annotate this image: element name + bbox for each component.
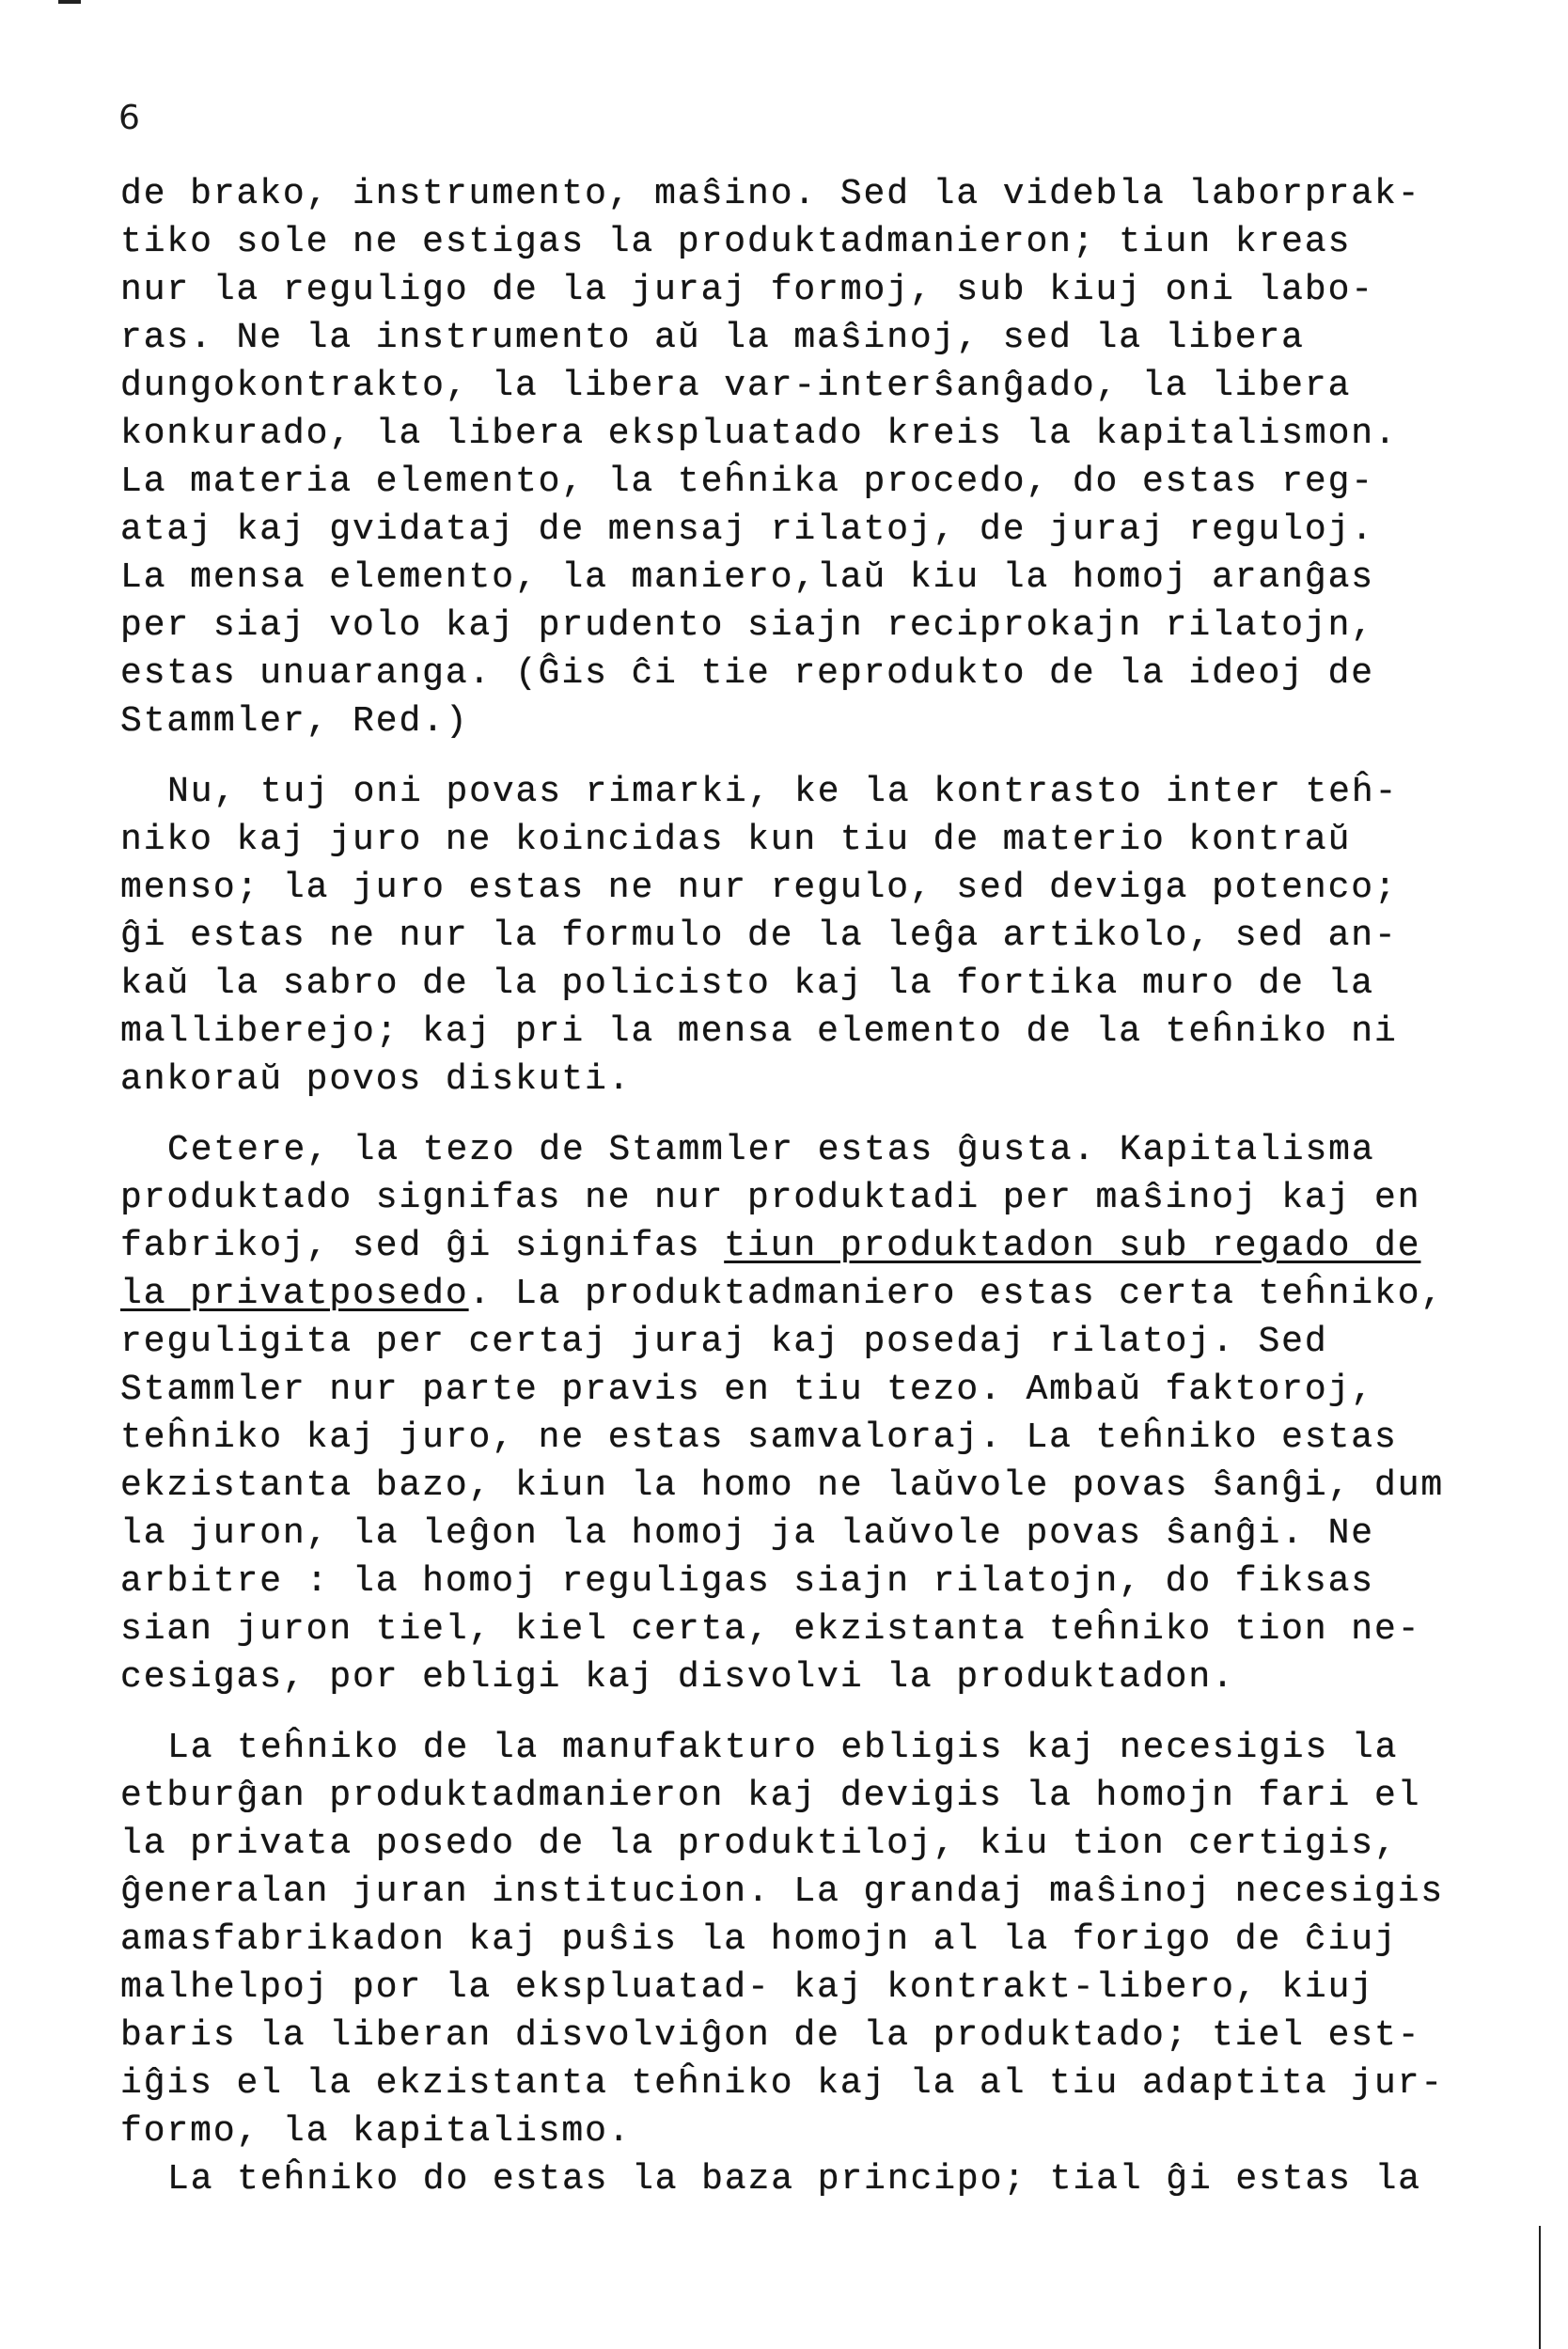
- text-line: La materia elemento, la teĥnika procedo,…: [120, 458, 1530, 506]
- paragraph: Cetere, la tezo de Stammler estas ĝusta.…: [120, 1126, 1530, 1701]
- paragraph: Nu, tuj oni povas rimarki, ke la kontras…: [120, 768, 1530, 1104]
- text-line: kaŭ la sabro de la policisto kaj la fort…: [120, 960, 1530, 1008]
- text-line: la privatposedo. La produktadmaniero est…: [120, 1270, 1530, 1318]
- text-line: reguligita per certaj juraj kaj posedaj …: [120, 1318, 1530, 1366]
- text-line: etburĝan produktadmanieron kaj devigis l…: [120, 1772, 1530, 1820]
- paragraph: de brako, instrumento, maŝino. Sed la vi…: [120, 170, 1530, 745]
- text-line: teĥniko kaj juro, ne estas samvaloraj. L…: [120, 1414, 1530, 1462]
- underlined-text: la privatposedo: [120, 1274, 469, 1314]
- text-line: La mensa elemento, la maniero,laŭ kiu la…: [120, 554, 1530, 602]
- text-line: ĝeneralan juran institucion. La grandaj …: [120, 1868, 1530, 1916]
- underlined-text: tiun produktadon sub regado de: [724, 1226, 1420, 1266]
- scan-corner-mark: [58, 0, 81, 4]
- text-line: ras. Ne la instrumento aŭ la maŝinoj, se…: [120, 314, 1530, 362]
- text-line: estas unuaranga. (Ĝis ĉi tie reprodukto …: [120, 650, 1530, 697]
- text-line: ĝi estas ne nur la formulo de la leĝa ar…: [120, 912, 1530, 960]
- text-line: Stammler nur parte pravis en tiu tezo. A…: [120, 1366, 1530, 1414]
- text-line: per siaj volo kaj prudento siajn recipro…: [120, 602, 1530, 650]
- document-page: 6 de brako, instrumento, maŝino. Sed la …: [0, 0, 1568, 2349]
- text-line: malliberejo; kaj pri la mensa elemento d…: [120, 1008, 1530, 1056]
- text-line: tiko sole ne estigas la produktadmaniero…: [120, 218, 1530, 266]
- page-number: 6: [118, 98, 140, 139]
- text-line: Stammler, Red.): [120, 697, 1530, 745]
- text-line: konkurado, la libera ekspluatado kreis l…: [120, 410, 1530, 458]
- text-line: fabrikoj, sed ĝi signifas tiun produktad…: [120, 1222, 1530, 1270]
- text-line: la juron, la leĝon la homoj ja laŭvole p…: [120, 1510, 1530, 1558]
- text-line: niko kaj juro ne koincidas kun tiu de ma…: [120, 816, 1530, 864]
- text-line: menso; la juro estas ne nur regulo, sed …: [120, 864, 1530, 912]
- text-line: Nu, tuj oni povas rimarki, ke la kontras…: [120, 768, 1530, 816]
- scan-edge-line: [1539, 2226, 1541, 2349]
- text-line: nur la reguligo de la juraj formoj, sub …: [120, 266, 1530, 314]
- text-line: La teĥniko do estas la baza principo; ti…: [120, 2155, 1530, 2203]
- text-line: formo, la kapitalismo.: [120, 2107, 1530, 2155]
- paragraph: La teĥniko de la manufakturo ebligis kaj…: [120, 1724, 1530, 2155]
- text-line: La teĥniko de la manufakturo ebligis kaj…: [120, 1724, 1530, 1772]
- text-line: dungokontrakto, la libera var-interŝanĝa…: [120, 362, 1530, 410]
- body-text: de brako, instrumento, maŝino. Sed la vi…: [120, 170, 1530, 2203]
- paragraph: La teĥniko do estas la baza principo; ti…: [120, 2155, 1530, 2203]
- text-line: ankoraŭ povos diskuti.: [120, 1056, 1530, 1104]
- text-line: iĝis el la ekzistanta teĥniko kaj la al …: [120, 2059, 1530, 2107]
- text-line: sian juron tiel, kiel certa, ekzistanta …: [120, 1605, 1530, 1653]
- text-line: Cetere, la tezo de Stammler estas ĝusta.…: [120, 1126, 1530, 1174]
- text-line: ekzistanta bazo, kiun la homo ne laŭvole…: [120, 1462, 1530, 1510]
- text-line: cesigas, por ebligi kaj disvolvi la prod…: [120, 1653, 1530, 1701]
- text-line: arbitre : la homoj reguligas siajn rilat…: [120, 1558, 1530, 1605]
- text-line: baris la liberan disvolviĝon de la produ…: [120, 2012, 1530, 2059]
- text-line: produktado signifas ne nur produktadi pe…: [120, 1174, 1530, 1222]
- text-line: ataj kaj gvidataj de mensaj rilatoj, de …: [120, 506, 1530, 554]
- text-line: amasfabrikadon kaj puŝis la homojn al la…: [120, 1916, 1530, 1964]
- text-line: de brako, instrumento, maŝino. Sed la vi…: [120, 170, 1530, 218]
- text-line: malhelpoj por la ekspluatad- kaj kontrak…: [120, 1964, 1530, 2012]
- text-line: la privata posedo de la produktiloj, kiu…: [120, 1820, 1530, 1868]
